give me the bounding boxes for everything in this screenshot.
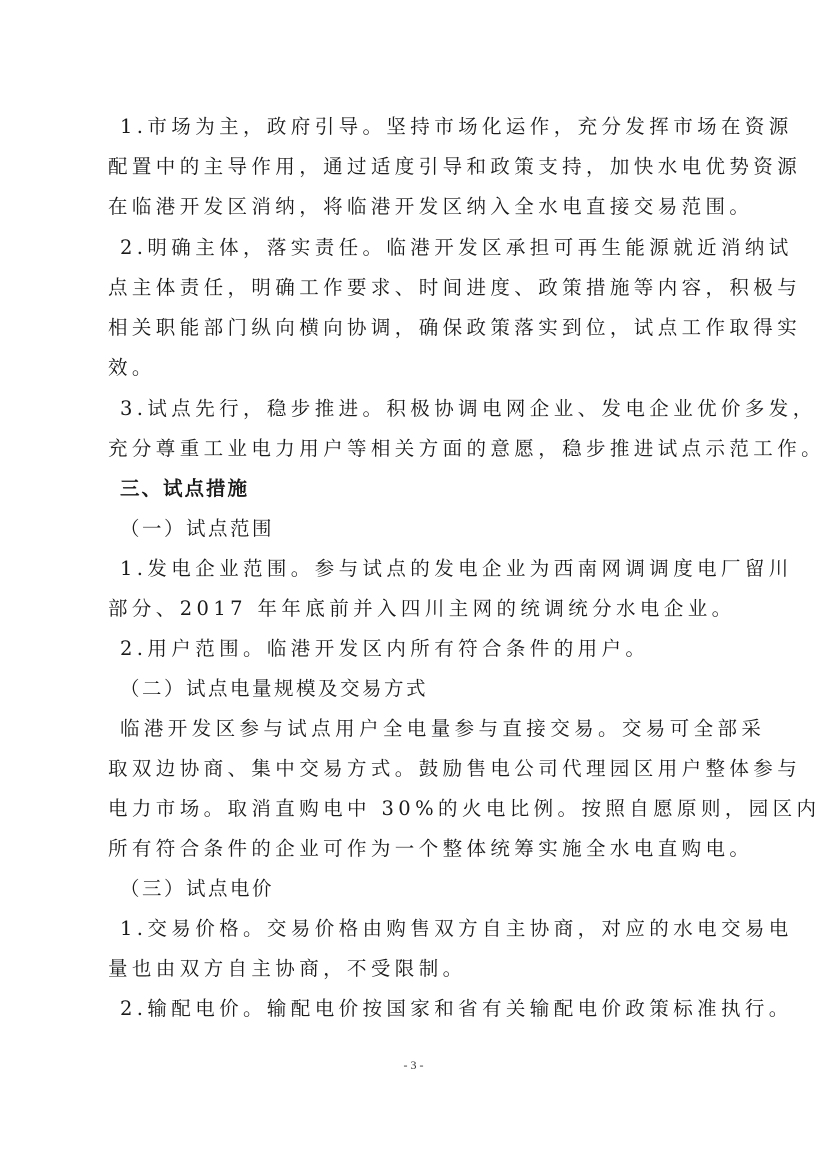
paragraph-line: 3.试点先行，稳步推进。积极协调电网企业、发电企业优价多发， <box>120 389 732 429</box>
paragraph-line: 在临港开发区消纳，将临港开发区纳入全水电直接交易范围。 <box>108 187 720 227</box>
paragraph-line: 1.发电企业范围。参与试点的发电企业为西南网调调度电厂留川 <box>120 549 732 589</box>
paragraph-line: 取双边协商、集中交易方式。鼓励售电公司代理园区用户整体参与 <box>108 749 720 789</box>
paragraph-line: 相关职能部门纵向横向协调，确保政策落实到位，试点工作取得实 <box>108 308 720 348</box>
paragraph-line: 电力市场。取消直购电中 30%的火电比例。按照自愿原则，园区内 <box>108 789 720 829</box>
paragraph-line: 效。 <box>108 348 720 388</box>
paragraph-line: 临港开发区参与试点用户全电量参与直接交易。交易可全部采 <box>120 709 732 749</box>
paragraph-line: 2.输配电价。输配电价按国家和省有关输配电价政策标准执行。 <box>120 989 732 1029</box>
paragraph-line: 配置中的主导作用，通过适度引导和政策支持，加快水电优势资源 <box>108 147 720 187</box>
paragraph-line: 1.市场为主，政府引导。坚持市场化运作，充分发挥市场在资源 <box>120 107 732 147</box>
paragraph-line: 2.用户范围。临港开发区内所有符合条件的用户。 <box>120 629 732 669</box>
subsection-heading: （二）试点电量规模及交易方式 <box>120 669 732 709</box>
paragraph-line: 量也由双方自主协商，不受限制。 <box>108 949 720 989</box>
document-page: 1.市场为主，政府引导。坚持市场化运作，充分发挥市场在资源 配置中的主导作用，通… <box>0 0 827 1169</box>
paragraph-line: 充分尊重工业电力用户等相关方面的意愿，稳步推进试点示范工作。 <box>108 429 720 469</box>
paragraph-line: 1.交易价格。交易价格由购售双方自主协商，对应的水电交易电 <box>120 909 732 949</box>
section-heading: 三、试点措施 <box>120 469 732 509</box>
paragraph-line: 部分、2017 年年底前并入四川主网的统调统分水电企业。 <box>108 589 720 629</box>
paragraph-line: 2.明确主体，落实责任。临港开发区承担可再生能源就近消纳试 <box>120 228 732 268</box>
page-number: - 3 - <box>0 1058 827 1073</box>
paragraph-line: 所有符合条件的企业可作为一个整体统筹实施全水电直购电。 <box>108 829 720 869</box>
subsection-heading: （三）试点电价 <box>120 869 732 909</box>
paragraph-line: 点主体责任，明确工作要求、时间进度、政策措施等内容，积极与 <box>108 268 720 308</box>
subsection-heading: （一）试点范围 <box>120 509 732 549</box>
